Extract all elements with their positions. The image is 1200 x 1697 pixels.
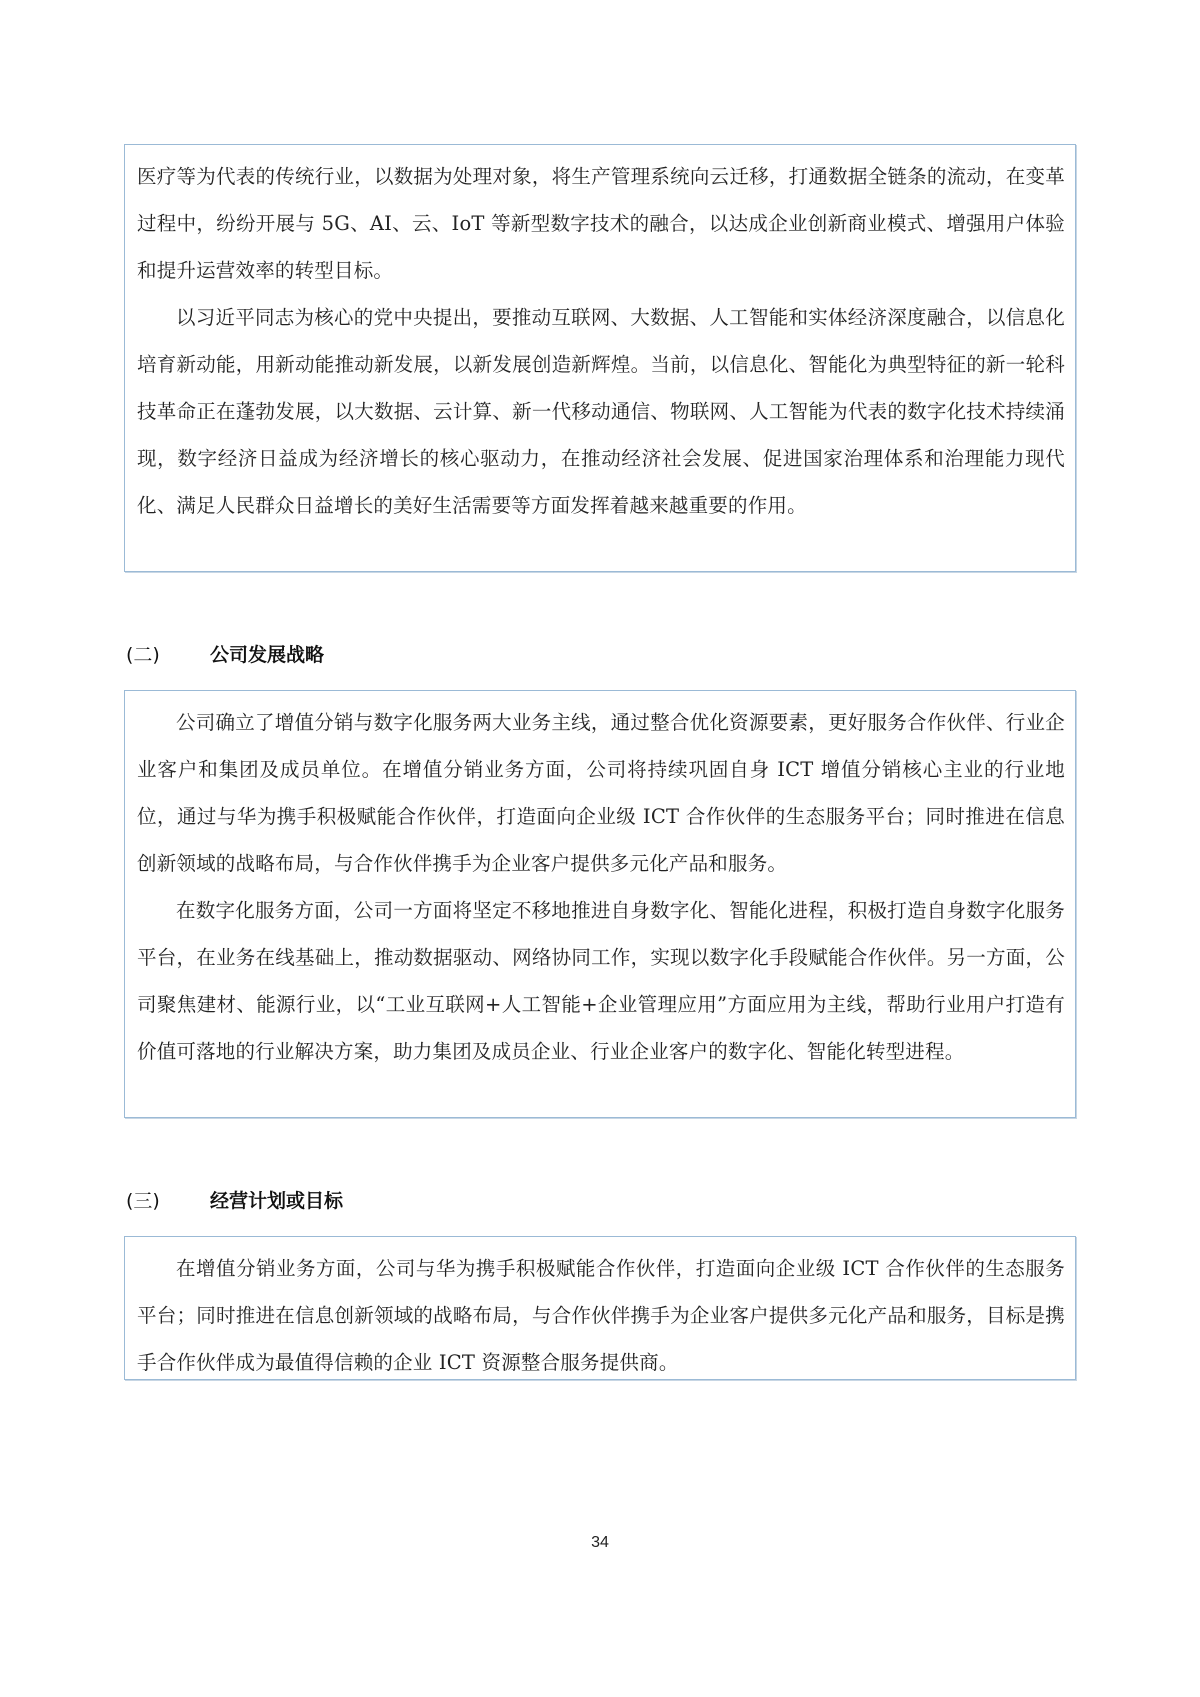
paragraph: 在数字化服务方面，公司一方面将坚定不移地推进自身数字化、智能化进程，积极打造自身… — [137, 887, 1065, 1075]
page-number: 34 — [0, 1534, 1200, 1552]
strategy-text-box: 公司确立了增值分销与数字化服务两大业务主线，通过整合优化资源要素，更好服务合作伙… — [124, 690, 1076, 1118]
section-title: 公司发展战略 — [210, 640, 324, 667]
paragraph: 以习近平同志为核心的党中央提出，要推动互联网、大数据、人工智能和实体经济深度融合… — [137, 294, 1065, 529]
plan-text-box: 在增值分销业务方面，公司与华为携手积极赋能合作伙伴，打造面向企业级 ICT 合作… — [124, 1236, 1076, 1380]
paragraph: 医疗等为代表的传统行业，以数据为处理对象，将生产管理系统向云迁移，打通数据全链条… — [137, 153, 1065, 294]
section-number: (二) — [126, 640, 210, 667]
paragraph: 在增值分销业务方面，公司与华为携手积极赋能合作伙伴，打造面向企业级 ICT 合作… — [137, 1245, 1065, 1386]
section-number: (三) — [126, 1186, 210, 1213]
intro-text-box: 医疗等为代表的传统行业，以数据为处理对象，将生产管理系统向云迁移，打通数据全链条… — [124, 144, 1076, 572]
section-heading-plan: (三) 经营计划或目标 — [126, 1186, 343, 1213]
paragraph: 公司确立了增值分销与数字化服务两大业务主线，通过整合优化资源要素，更好服务合作伙… — [137, 699, 1065, 887]
section-heading-strategy: (二) 公司发展战略 — [126, 640, 324, 667]
section-title: 经营计划或目标 — [210, 1186, 343, 1213]
